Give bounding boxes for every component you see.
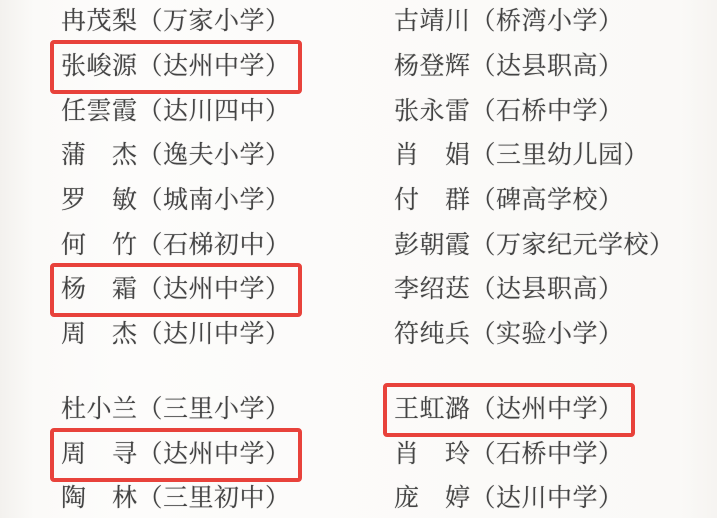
- list-item: 古靖川（桥湾小学）: [394, 0, 675, 45]
- person-name: 李绍荙: [394, 276, 471, 303]
- person-name: 付 群: [394, 187, 471, 214]
- list-item: 蒲 杰（逸夫小学）: [61, 134, 291, 179]
- school-name: 达州中学: [496, 396, 598, 423]
- close-paren: ）: [598, 485, 624, 512]
- school-name: 达州中学: [163, 53, 265, 80]
- close-paren: ）: [598, 53, 624, 80]
- entry-group: 冉茂梨（万家小学）张峻源（达州中学）任雲霞（达川四中）蒲 杰（逸夫小学）罗 敏（…: [61, 0, 291, 358]
- right-column: 古靖川（桥湾小学）杨登辉（达县职高）张永雷（石桥中学）肖 娟（三里幼儿园）付 群…: [394, 0, 675, 518]
- open-paren: （: [471, 98, 497, 125]
- open-paren: （: [471, 276, 497, 303]
- person-name: 符纯兵: [394, 321, 471, 348]
- list-item: 彭朝霞（万家纪元学校）: [394, 223, 675, 268]
- open-paren: （: [138, 396, 164, 423]
- scanned-name-list-page: 冉茂梨（万家小学）张峻源（达州中学）任雲霞（达川四中）蒲 杰（逸夫小学）罗 敏（…: [0, 0, 717, 518]
- entry-text: 肖 娟（三里幼儿园）: [394, 141, 649, 171]
- close-paren: ）: [649, 232, 675, 259]
- school-name: 三里初中: [163, 485, 265, 512]
- list-item: 任雲霞（达川四中）: [61, 89, 291, 134]
- person-name: 张峻源: [61, 53, 138, 80]
- open-paren: （: [471, 232, 497, 259]
- open-paren: （: [138, 53, 164, 80]
- list-item: 肖 玲（石桥中学）: [394, 432, 675, 477]
- open-paren: （: [471, 441, 497, 468]
- list-item: 李绍荙（达县职高）: [394, 268, 675, 313]
- entry-text: 李绍荙（达县职高）: [394, 275, 624, 305]
- entry-text: 肖 玲（石桥中学）: [394, 440, 624, 470]
- school-name: 达川中学: [496, 485, 598, 512]
- school-name: 桥湾小学: [496, 8, 598, 35]
- list-item: 庞 婷（达川中学）: [394, 477, 675, 518]
- school-name: 达州中学: [163, 276, 265, 303]
- entry-text: 付 群（碑高学校）: [394, 186, 624, 216]
- list-item: 何 竹（石梯初中）: [61, 223, 291, 268]
- open-paren: （: [138, 187, 164, 214]
- school-name: 万家小学: [163, 8, 265, 35]
- entry-group: 古靖川（桥湾小学）杨登辉（达县职高）张永雷（石桥中学）肖 娟（三里幼儿园）付 群…: [394, 0, 675, 358]
- close-paren: ）: [265, 232, 291, 259]
- list-item: 陶 林（三里初中）: [61, 477, 291, 518]
- close-paren: ）: [598, 98, 624, 125]
- list-item: 张峻源（达州中学）: [61, 45, 291, 90]
- school-name: 石桥中学: [496, 441, 598, 468]
- close-paren: ）: [624, 142, 650, 169]
- open-paren: （: [138, 276, 164, 303]
- list-item: 张永雷（石桥中学）: [394, 89, 675, 134]
- person-name: 古靖川: [394, 8, 471, 35]
- list-item: 王虹潞（达州中学）: [394, 388, 675, 433]
- open-paren: （: [138, 485, 164, 512]
- highlighted-entry-box: 杨 霜（达州中学）: [50, 263, 302, 317]
- close-paren: ）: [598, 276, 624, 303]
- close-paren: ）: [598, 8, 624, 35]
- left-column: 冉茂梨（万家小学）张峻源（达州中学）任雲霞（达川四中）蒲 杰（逸夫小学）罗 敏（…: [61, 0, 291, 518]
- person-name: 杨 霜: [61, 276, 138, 303]
- list-item: 肖 娟（三里幼儿园）: [394, 134, 675, 179]
- entry-group: 杜小兰（三里小学）周 寻（达州中学）陶 林（三里初中）: [61, 388, 291, 518]
- school-name: 石梯初中: [163, 232, 265, 259]
- entry-text: 任雲霞（达川四中）: [61, 97, 291, 127]
- school-name: 石桥中学: [496, 98, 598, 125]
- open-paren: （: [471, 142, 497, 169]
- person-name: 肖 玲: [394, 441, 471, 468]
- school-name: 达川中学: [163, 321, 265, 348]
- person-name: 周 寻: [61, 441, 138, 468]
- person-name: 蒲 杰: [61, 142, 138, 169]
- school-name: 碑高学校: [496, 187, 598, 214]
- person-name: 周 杰: [61, 321, 138, 348]
- entry-text: 杨登辉（达县职高）: [394, 52, 624, 82]
- person-name: 王虹潞: [394, 396, 471, 423]
- person-name: 罗 敏: [61, 187, 138, 214]
- close-paren: ）: [598, 396, 624, 423]
- school-name: 万家纪元学校: [496, 232, 649, 259]
- list-item: 杨 霜（达州中学）: [61, 268, 291, 313]
- entry-text: 周 杰（达川中学）: [61, 320, 291, 350]
- school-name: 达县职高: [496, 276, 598, 303]
- person-name: 陶 林: [61, 485, 138, 512]
- list-item: 付 群（碑高学校）: [394, 179, 675, 224]
- school-name: 达县职高: [496, 53, 598, 80]
- person-name: 杜小兰: [61, 396, 138, 423]
- school-name: 三里幼儿园: [496, 142, 624, 169]
- person-name: 肖 娟: [394, 142, 471, 169]
- entry-text: 杜小兰（三里小学）: [61, 395, 291, 425]
- list-item: 符纯兵（实验小学）: [394, 313, 675, 358]
- list-item: 周 寻（达州中学）: [61, 432, 291, 477]
- list-item: 杜小兰（三里小学）: [61, 388, 291, 433]
- open-paren: （: [471, 321, 497, 348]
- highlighted-entry-box: 王虹潞（达州中学）: [383, 383, 635, 437]
- close-paren: ）: [265, 187, 291, 214]
- close-paren: ）: [598, 187, 624, 214]
- close-paren: ）: [265, 142, 291, 169]
- list-item: 杨登辉（达县职高）: [394, 45, 675, 90]
- entry-text: 何 竹（石梯初中）: [61, 231, 291, 261]
- school-name: 逸夫小学: [163, 142, 265, 169]
- open-paren: （: [471, 485, 497, 512]
- close-paren: ）: [265, 276, 291, 303]
- entry-text: 罗 敏（城南小学）: [61, 186, 291, 216]
- person-name: 冉茂梨: [61, 8, 138, 35]
- close-paren: ）: [265, 321, 291, 348]
- close-paren: ）: [598, 441, 624, 468]
- person-name: 张永雷: [394, 98, 471, 125]
- open-paren: （: [138, 142, 164, 169]
- close-paren: ）: [265, 396, 291, 423]
- entry-text: 古靖川（桥湾小学）: [394, 7, 624, 37]
- open-paren: （: [138, 98, 164, 125]
- person-name: 何 竹: [61, 232, 138, 259]
- person-name: 彭朝霞: [394, 232, 471, 259]
- open-paren: （: [471, 8, 497, 35]
- close-paren: ）: [598, 321, 624, 348]
- school-name: 达川四中: [163, 98, 265, 125]
- open-paren: （: [138, 8, 164, 35]
- entry-text: 庞 婷（达川中学）: [394, 484, 624, 514]
- person-name: 杨登辉: [394, 53, 471, 80]
- list-item: 冉茂梨（万家小学）: [61, 0, 291, 45]
- entry-text: 符纯兵（实验小学）: [394, 320, 624, 350]
- entry-text: 冉茂梨（万家小学）: [61, 7, 291, 37]
- close-paren: ）: [265, 53, 291, 80]
- open-paren: （: [471, 187, 497, 214]
- entry-text: 陶 林（三里初中）: [61, 484, 291, 514]
- person-name: 任雲霞: [61, 98, 138, 125]
- open-paren: （: [138, 441, 164, 468]
- school-name: 达州中学: [163, 441, 265, 468]
- school-name: 实验小学: [496, 321, 598, 348]
- open-paren: （: [471, 396, 497, 423]
- list-item: 罗 敏（城南小学）: [61, 179, 291, 224]
- close-paren: ）: [265, 441, 291, 468]
- highlighted-entry-box: 周 寻（达州中学）: [50, 428, 302, 482]
- person-name: 庞 婷: [394, 485, 471, 512]
- entry-text: 蒲 杰（逸夫小学）: [61, 141, 291, 171]
- highlighted-entry-box: 张峻源（达州中学）: [50, 40, 302, 94]
- close-paren: ）: [265, 485, 291, 512]
- open-paren: （: [138, 232, 164, 259]
- entry-text: 彭朝霞（万家纪元学校）: [394, 231, 675, 261]
- close-paren: ）: [265, 8, 291, 35]
- school-name: 城南小学: [163, 187, 265, 214]
- school-name: 三里小学: [163, 396, 265, 423]
- list-item: 周 杰（达川中学）: [61, 313, 291, 358]
- open-paren: （: [138, 321, 164, 348]
- entry-group: 王虹潞（达州中学）肖 玲（石桥中学）庞 婷（达川中学）: [394, 388, 675, 518]
- close-paren: ）: [265, 98, 291, 125]
- open-paren: （: [471, 53, 497, 80]
- entry-text: 张永雷（石桥中学）: [394, 97, 624, 127]
